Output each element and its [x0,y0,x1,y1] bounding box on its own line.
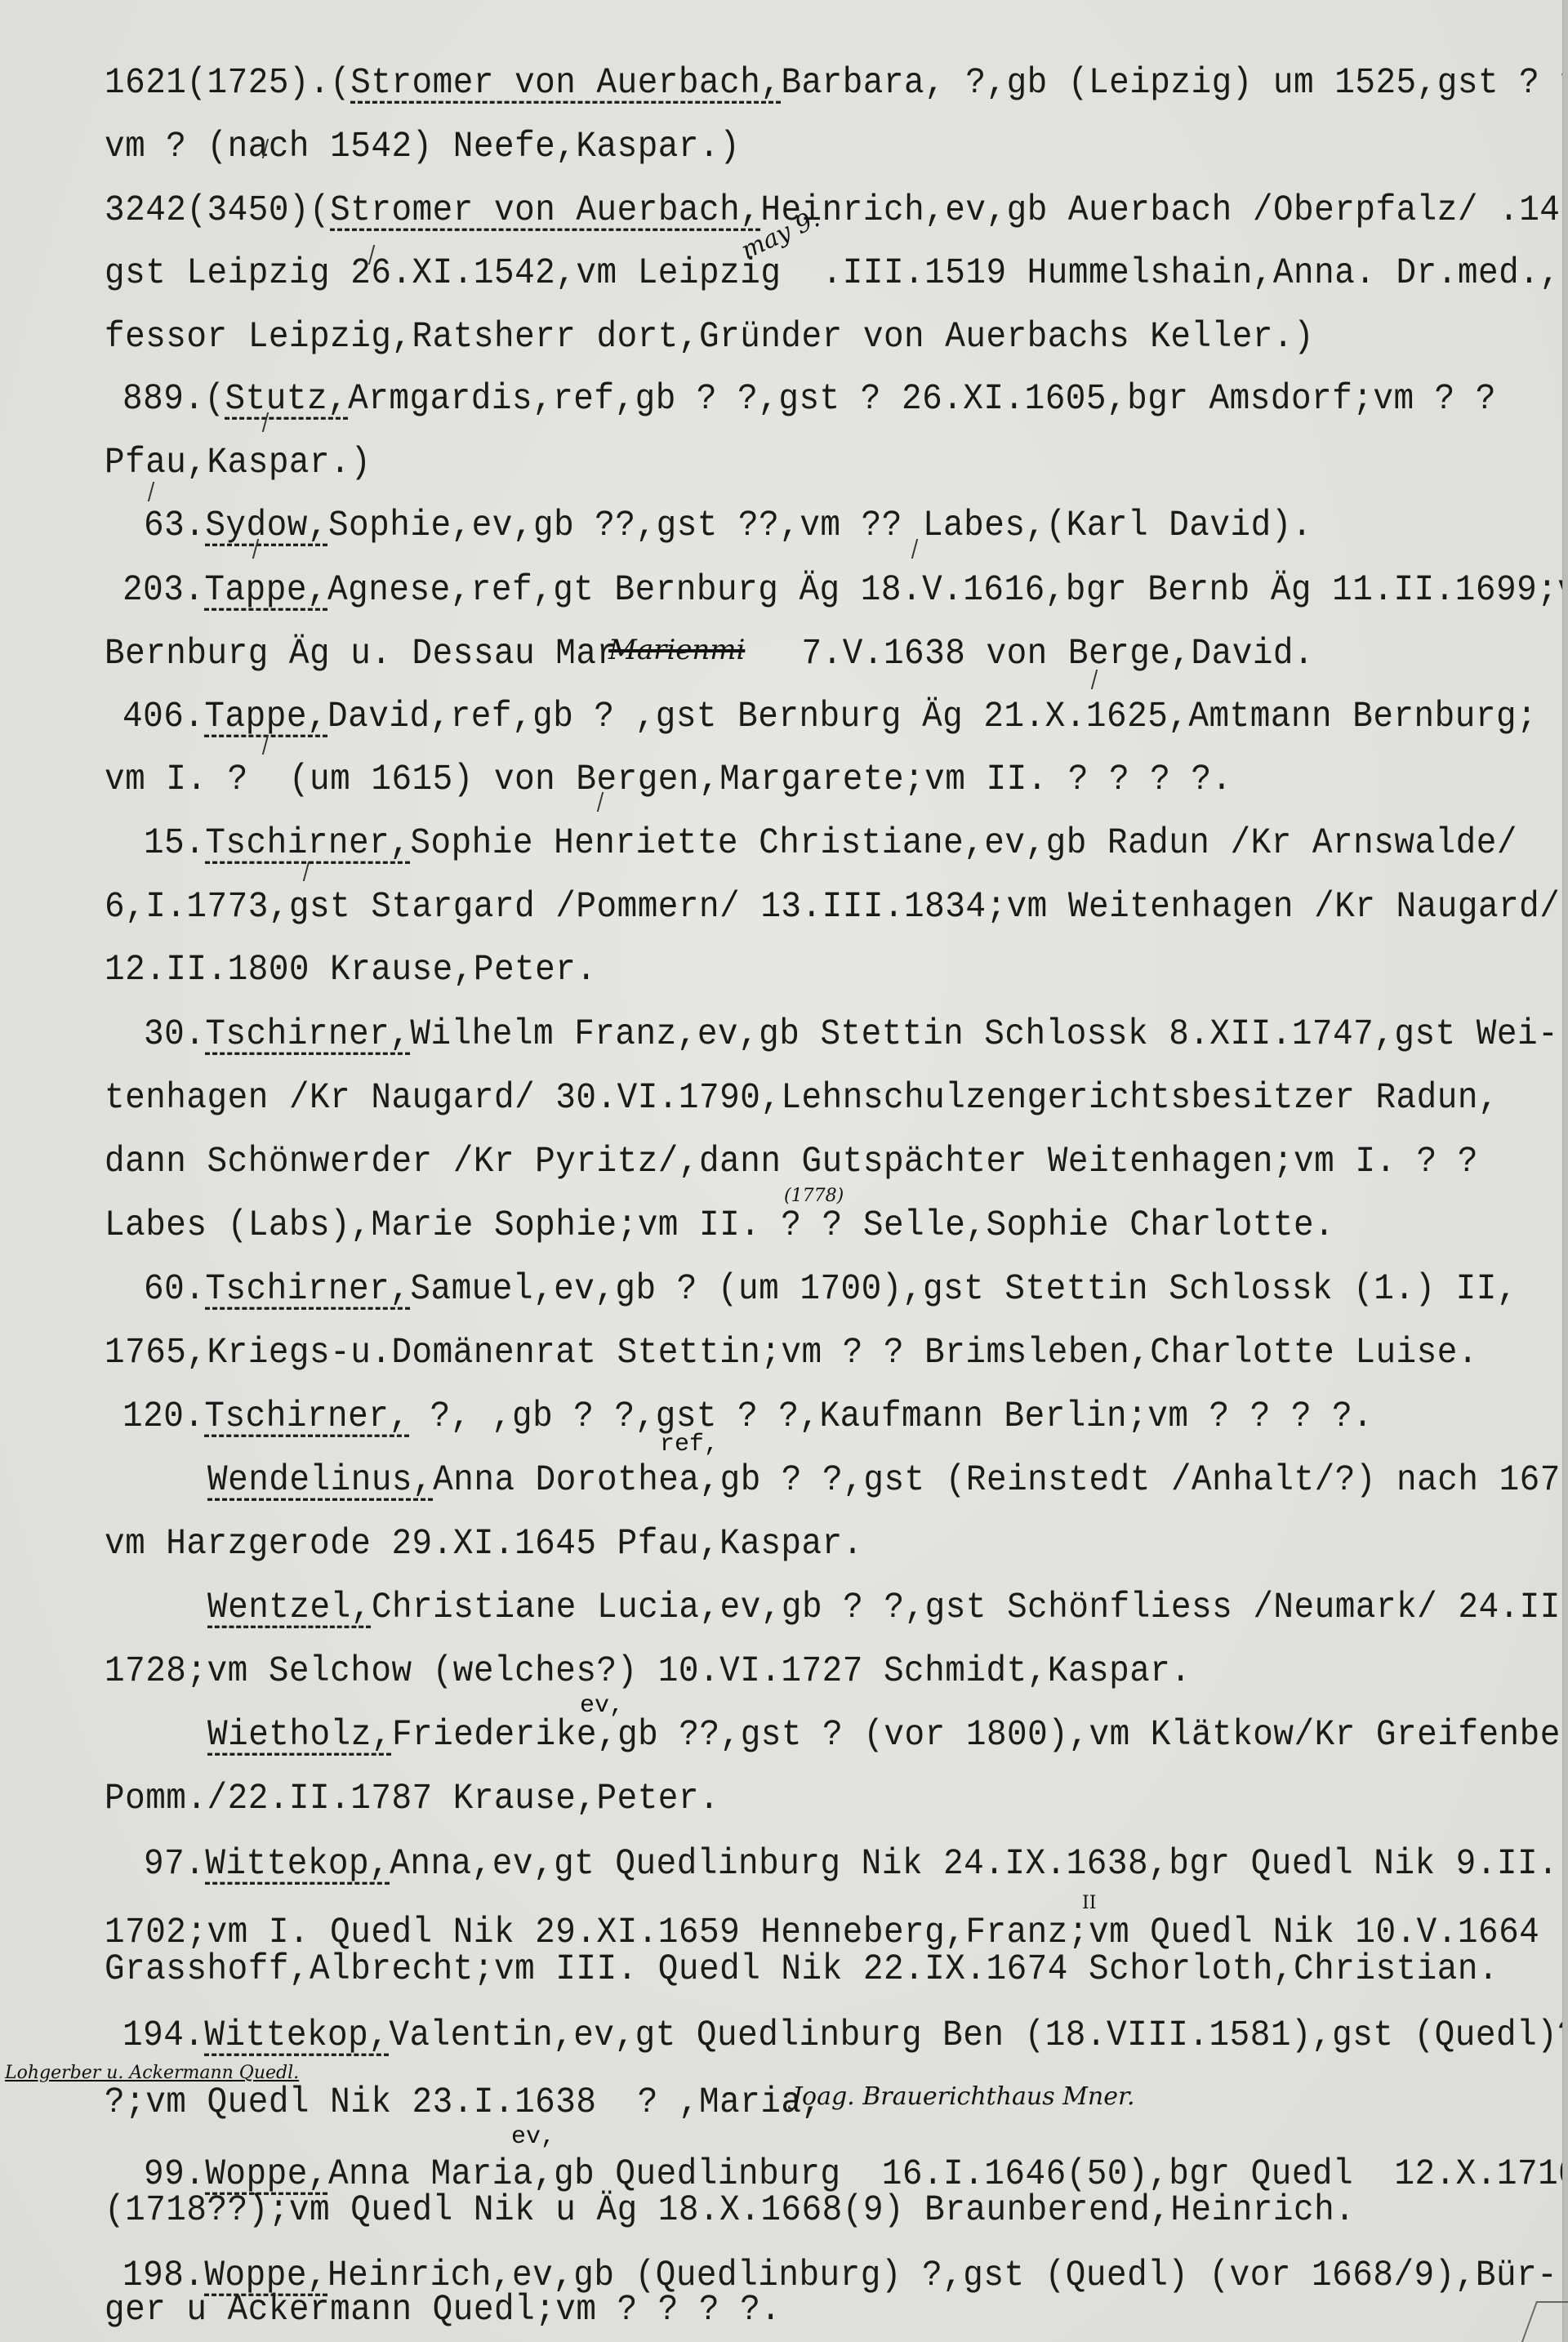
entry-wietholz-line1: Wietholz,Friederike,gb ??,gst ? (vor 180… [207,1713,1568,1757]
entry-number: 203. [122,570,204,611]
entry-120-line1: 120.Tschirner, ?, ,gb ? ?,gst ? ?,Kaufma… [122,1395,1373,1439]
entry-3242-line3: fessor Leipzig,Ratsherr dort,Gründer von… [105,315,1314,359]
entry-number: 3242(3450)( [105,190,330,231]
entry-number: 1621(1725).( [105,63,350,104]
entry-number: 194. [122,2015,204,2056]
entry-wentzel-line2: 1728;vm Selchow (welches?) 10.VI.1727 Sc… [105,1650,1192,1694]
entry-surname: Wendelinus, [207,1460,433,1501]
entry-details: Anna,ev,gt Quedlinburg Nik 24.IX.1638,bg… [390,1844,1558,1885]
entry-surname: Tschirner, [205,823,410,864]
entry-30-line2: tenhagen /Kr Naugard/ 30.VI.1790,Lehnsch… [105,1076,1499,1120]
entry-30-line4: Labes (Labs),Marie Sophie;vm II. ? ? Sel… [105,1204,1334,1248]
entry-30-line3: dann Schönwerder /Kr Pyritz/,dann Gutspä… [105,1140,1478,1184]
entry-number: 406. [122,697,204,737]
entry-3242-line2: gst Leipzig 26.XI.1542,vm Leipzig .III.1… [105,252,1568,296]
entry-number: 60. [144,1269,205,1310]
entry-surname: Stromer von Auerbach, [330,190,760,231]
page-corner-fold [1521,2301,1568,2342]
entry-1621-line1: 1621(1725).(Stromer von Auerbach,Barbara… [105,61,1568,105]
entry-surname: Tappe, [204,697,327,737]
entry-details: Agnese,ref,gt Bernburg Äg 18.V.1616,bgr … [327,570,1568,611]
entry-194-line1: 194.Wittekop,Valentin,ev,gt Quedlinburg … [122,2014,1568,2058]
entry-406-line2: vm I. ? (um 1615) von Bergen,Margarete;v… [105,758,1232,802]
insert-ev-woppe: ev, [511,2123,555,2151]
entry-889-line2: Pfau,Kaspar.) [105,441,371,485]
entry-97-line3: Grasshoff,Albrecht;vm III. Quedl Nik 22.… [105,1948,1499,1992]
entry-97-line1: 97.Wittekop,Anna,ev,gt Quedlinburg Nik 2… [144,1842,1558,1886]
entry-number: 120. [122,1396,204,1437]
page-edge [1562,0,1568,2342]
entry-99-line2: (1718??);vm Quedl Nik u Äg 18.X.1668(9) … [105,2188,1355,2233]
entry-surname: Tschirner, [204,1396,409,1437]
entry-number: 15. [144,823,205,864]
entry-wentzel-line1: Wentzel,Christiane Lucia,ev,gb ? ?,gst S… [207,1586,1568,1630]
entry-wendelinus-line2: vm Harzgerode 29.XI.1645 Pfau,Kaspar. [105,1522,863,1566]
entry-406-line1: 406.Tappe,David,ref,gb ? ,gst Bernburg Ä… [122,695,1537,739]
entry-15-line1: 15.Tschirner,Sophie Henriette Christiane… [144,821,1517,866]
entry-surname: Stutz, [225,379,349,420]
entry-surname: Tschirner, [205,1269,410,1310]
handwritten-note-maria: Joag. Brauerichthaus Mner. [792,2082,1135,2111]
entry-number: 97. [144,1844,205,1885]
entry-60-line1: 60.Tschirner,Samuel,ev,gb ? (um 1700),gs… [144,1267,1517,1311]
entry-15-line3: 12.II.1800 Krause,Peter. [105,948,597,992]
entry-details: Heinrich,ev,gb Auerbach /Oberpfalz/ .148… [760,190,1568,231]
entry-surname: Sydow, [205,505,328,546]
entry-details: Anna Dorothea,gb ? ?,gst (Reinstedt /Anh… [433,1460,1568,1501]
document-page: 1621(1725).(Stromer von Auerbach,Barbara… [0,0,1568,2342]
entry-details: ?, ,gb ? ?,gst ? ?,Kaufmann Berlin;vm ? … [409,1396,1373,1437]
entry-wendelinus-line1: Wendelinus,Anna Dorothea,gb ? ?,gst (Rei… [207,1458,1568,1503]
entry-194-line2: ?;vm Quedl Nik 23.I.1638 ? ,Maria, [105,2081,822,2125]
entry-details: Armgardis,ref,gb ? ?,gst ? 26.XI.1605,bg… [348,379,1496,420]
entry-3242-line1: 3242(3450)(Stromer von Auerbach,Heinrich… [105,189,1568,233]
entry-surname: Tappe, [204,570,327,611]
entry-889-line1: 889.(Stutz,Armgardis,ref,gb ? ?,gst ? 26… [122,377,1496,421]
entry-surname: Wittekop, [204,2015,389,2056]
entry-number: 889.( [122,379,225,420]
crossed-out-handwriting: Marienmi [608,634,745,666]
entry-surname: Wittekop, [205,1844,390,1885]
entry-details: Sophie Henriette Christiane,ev,gb Radun … [410,823,1517,864]
entry-15-line2: 6,I.1773,gst Stargard /Pommern/ 13.III.1… [105,885,1560,929]
entry-203-line1: 203.Tappe,Agnese,ref,gt Bernburg Äg 18.V… [122,568,1568,612]
entry-details: David,ref,gb ? ,gst Bernburg Äg 21.X.162… [327,697,1537,737]
entry-details: Barbara, ?,gb (Leipzig) um 1525,gst ? ?; [781,63,1568,104]
entry-details: Christiane Lucia,ev,gb ? ?,gst Schönflie… [372,1587,1568,1628]
entry-surname: Tschirner, [205,1014,410,1055]
entry-details: Valentin,ev,gt Quedlinburg Ben (18.VIII.… [389,2015,1568,2056]
entry-60-line2: 1765,Kriegs-u.Domänenrat Stettin;vm ? ? … [105,1331,1478,1375]
entry-details: Wilhelm Franz,ev,gb Stettin Schlossk 8.X… [410,1014,1558,1055]
insert-ref: ref, [660,1431,719,1458]
entry-198-line2: ger u Ackermann Quedl;vm ? ? ? ?. [105,2288,781,2332]
entry-details: Friederike,gb ??,gst ? (vor 1800),vm Klä… [392,1715,1568,1756]
entry-63-line1: 63.Sydow,Sophie,ev,gb ??,gst ??,vm ?? La… [144,504,1312,548]
entry-surname: Wentzel, [207,1587,372,1628]
entry-wietholz-line2: Pomm./22.II.1787 Krause,Peter. [105,1777,719,1821]
entry-details: Samuel,ev,gb ? (um 1700),gst Stettin Sch… [410,1269,1517,1310]
entry-1621-line2: vm ? (nach 1542) Neefe,Kaspar.) [105,125,740,169]
entry-30-line1: 30.Tschirner,Wilhelm Franz,ev,gb Stettin… [144,1013,1558,1057]
entry-surname: Stromer von Auerbach, [350,63,781,104]
entry-surname: Wietholz, [207,1715,392,1756]
entry-number: 30. [144,1014,205,1055]
entry-number: 63. [144,505,205,546]
entry-details: Sophie,ev,gb ??,gst ??,vm ?? Labes,(Karl… [328,505,1312,546]
